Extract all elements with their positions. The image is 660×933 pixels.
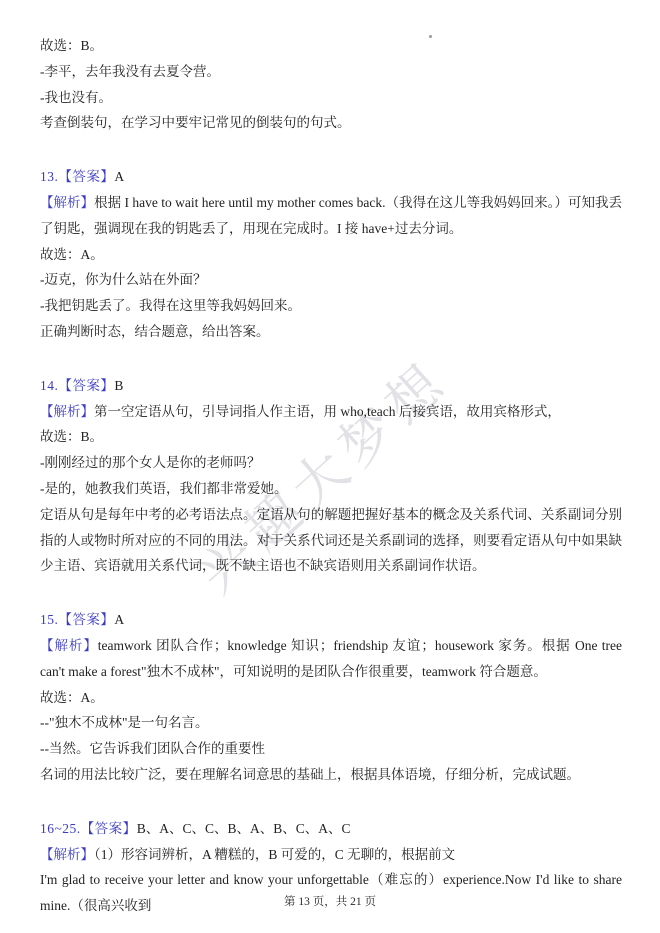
- paragraph: 故选：B。: [40, 424, 622, 450]
- paragraph-text: 名词的用法比较广泛，要在理解名词意思的基础上，根据具体语境，仔细分析，完成试题。: [40, 767, 580, 782]
- answer-heading: 15.【答案】A: [40, 607, 622, 633]
- paragraph-text: 故选：A。: [40, 247, 104, 262]
- paragraph-text: B: [114, 378, 123, 393]
- paragraph: -李平，去年我没有去夏令营。: [40, 59, 622, 85]
- answer-label: 13.【答案】: [40, 169, 114, 184]
- paragraph-text: --当然。它告诉我们团队合作的重要性: [40, 741, 265, 756]
- paragraph: 【解析】teamwork 团队合作；knowledge 知识；friendshi…: [40, 633, 622, 685]
- paragraph: 【解析】根据 I have to wait here until my moth…: [40, 190, 622, 242]
- paragraph: --当然。它告诉我们团队合作的重要性: [40, 736, 622, 762]
- paragraph: -我把钥匙丢了。我得在这里等我妈妈回来。: [40, 293, 622, 319]
- paragraph-text: 根据 I have to wait here until my mother c…: [40, 195, 622, 236]
- paragraph-text: -我把钥匙丢了。我得在这里等我妈妈回来。: [40, 298, 301, 313]
- paragraph: 名词的用法比较广泛，要在理解名词意思的基础上，根据具体语境，仔细分析，完成试题。: [40, 762, 622, 788]
- section-q15: 15.【答案】A【解析】teamwork 团队合作；knowledge 知识；f…: [40, 607, 622, 788]
- paragraph-text: 考查倒装句，在学习中要牢记常见的倒装句的句式。: [40, 115, 351, 130]
- paragraph: 【解析】第一空定语从句，引导词指人作主语，用 who,teach 后接宾语，故用…: [40, 399, 622, 425]
- analysis-label: 【解析】: [40, 638, 98, 653]
- paragraph-text: 故选：A。: [40, 690, 104, 705]
- paragraph-text: A: [114, 169, 124, 184]
- paragraph: 正确判断时态，结合题意，给出答案。: [40, 319, 622, 345]
- paragraph: --"独木不成林"是一句名言。: [40, 710, 622, 736]
- paragraph-text: 故选：B。: [40, 429, 103, 444]
- answer-heading: 16~25.【答案】B、A、C、C、B、A、B、C、A、C: [40, 816, 622, 842]
- paragraph-text: teamwork 团队合作；knowledge 知识；friendship 友谊…: [40, 638, 622, 679]
- paragraph-text: --"独木不成林"是一句名言。: [40, 715, 209, 730]
- paragraph-text: -李平，去年我没有去夏令营。: [40, 64, 220, 79]
- paragraph: -是的，她教我们英语，我们都非常爱她。: [40, 476, 622, 502]
- answer-label: 16~25.【答案】: [40, 821, 137, 836]
- paragraph: 故选：A。: [40, 242, 622, 268]
- paragraph: -我也没有。: [40, 85, 622, 111]
- answer-label: 15.【答案】: [40, 612, 114, 627]
- paragraph: 【解析】（1）形容词辨析，A 糟糕的，B 可爱的，C 无聊的，根据前文: [40, 842, 622, 868]
- analysis-label: 【解析】: [40, 404, 94, 419]
- section-q14: 14.【答案】B【解析】第一空定语从句，引导词指人作主语，用 who,teach…: [40, 373, 622, 579]
- paragraph-text: 第一空定语从句，引导词指人作主语，用 who,teach 后接宾语，故用宾格形式…: [94, 404, 561, 419]
- paragraph: 考查倒装句，在学习中要牢记常见的倒装句的句式。: [40, 110, 622, 136]
- paragraph-text: B、A、C、C、B、A、B、C、A、C: [137, 821, 351, 836]
- section-q12-explanation-tail: 故选：B。-李平，去年我没有去夏令营。-我也没有。考查倒装句，在学习中要牢记常见…: [40, 33, 622, 136]
- answer-label: 14.【答案】: [40, 378, 114, 393]
- paragraph-text: 故选：B。: [40, 38, 103, 53]
- paragraph-text: -迈克，你为什么站在外面？: [40, 272, 207, 287]
- paragraph-text: -刚刚经过的那个女人是你的老师吗？: [40, 455, 261, 470]
- paragraph: -迈克，你为什么站在外面？: [40, 267, 622, 293]
- paragraph-text: （1）形容词辨析，A 糟糕的，B 可爱的，C 无聊的，根据前文: [94, 847, 455, 862]
- answer-heading: 13.【答案】A: [40, 164, 622, 190]
- analysis-label: 【解析】: [40, 847, 94, 862]
- page-number-footer: 第 13 页，共 21 页: [0, 893, 660, 909]
- paragraph: -刚刚经过的那个女人是你的老师吗？: [40, 450, 622, 476]
- paragraph-text: A: [114, 612, 124, 627]
- paragraph: 故选：A。: [40, 685, 622, 711]
- paragraph: 定语从句是每年中考的必考语法点。定语从句的解题把握好基本的概念及关系代词、关系副…: [40, 502, 622, 579]
- analysis-label: 【解析】: [40, 195, 94, 210]
- paragraph-text: -我也没有。: [40, 90, 112, 105]
- answer-heading: 14.【答案】B: [40, 373, 622, 399]
- paragraph: 故选：B。: [40, 33, 622, 59]
- paragraph-text: -是的，她教我们英语，我们都非常爱她。: [40, 481, 288, 496]
- document-page: 兴趣大梦想 故选：B。-李平，去年我没有去夏令营。-我也没有。考查倒装句，在学习…: [0, 0, 660, 933]
- paragraph-text: 正确判断时态，结合题意，给出答案。: [40, 324, 270, 339]
- paragraph-text: 定语从句是每年中考的必考语法点。定语从句的解题把握好基本的概念及关系代词、关系副…: [40, 507, 622, 574]
- section-q13: 13.【答案】A【解析】根据 I have to wait here until…: [40, 164, 622, 345]
- document-body: 故选：B。-李平，去年我没有去夏令营。-我也没有。考查倒装句，在学习中要牢记常见…: [40, 33, 622, 919]
